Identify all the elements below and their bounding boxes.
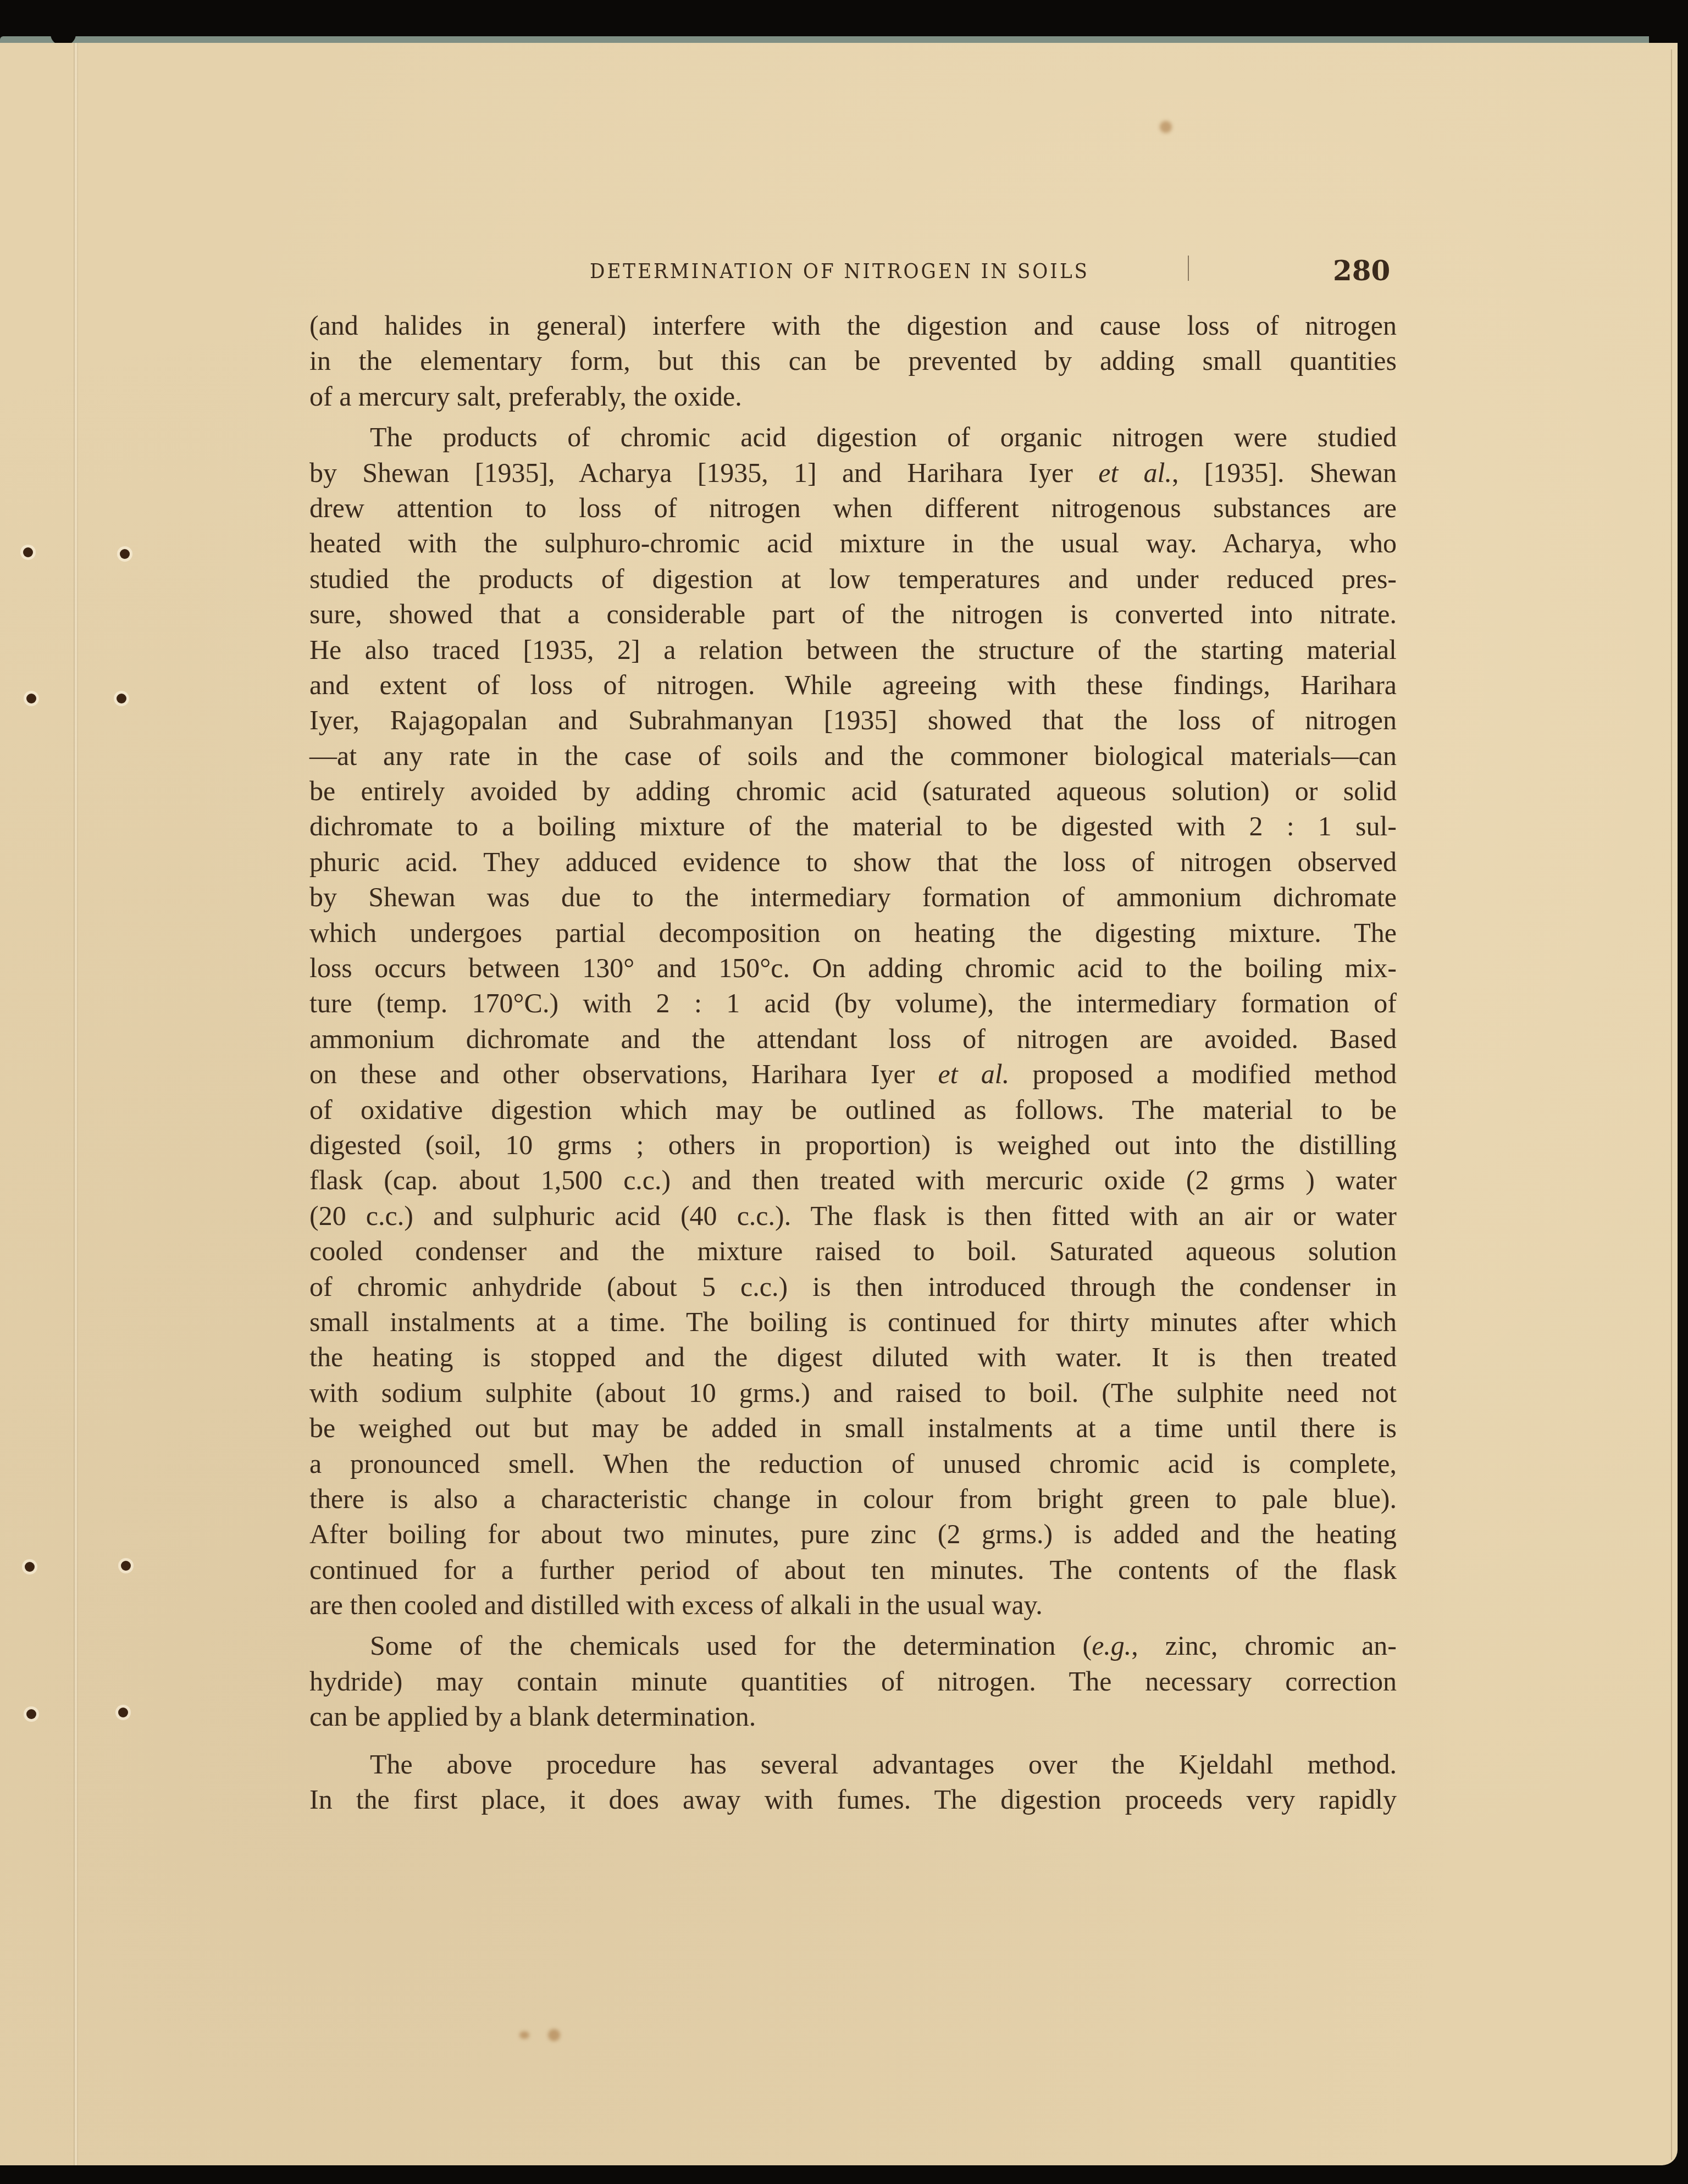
text-line: (20 c.c.) and sulphuric acid (40 c.c.). …	[309, 1198, 1397, 1233]
punch-hole-icon	[117, 694, 126, 703]
paragraph-p1: (and halides in general) interfere with …	[309, 308, 1397, 414]
body-text: (and halides in general) interfere with …	[309, 308, 1397, 1817]
text-line: which undergoes partial decomposition on…	[309, 915, 1397, 950]
text-line: in the elementary form, but this can be …	[309, 343, 1397, 378]
punch-hole-icon	[26, 1709, 36, 1719]
text-line: hydride) may contain minute quantities o…	[309, 1664, 1397, 1699]
foxing-stain	[548, 2029, 560, 2041]
text-line: (and halides in general) interfere with …	[309, 308, 1397, 343]
text-line: After boiling for about two minutes, pur…	[309, 1516, 1397, 1551]
running-head-divider	[1188, 256, 1189, 281]
paragraph-p3: Some of the chemicals used for the deter…	[309, 1628, 1397, 1734]
text-line: on these and other observations, Harihar…	[309, 1056, 1397, 1091]
text-line: sure, showed that a considerable part of…	[309, 596, 1397, 631]
text-line: of oxidative digestion which may be outl…	[309, 1092, 1397, 1127]
text-line: The products of chromic acid digestion o…	[309, 419, 1397, 454]
text-line: are then cooled and distilled with exces…	[309, 1587, 1397, 1622]
punch-hole-icon	[25, 1562, 35, 1572]
text-line: phuric acid. They adduced evidence to sh…	[309, 844, 1397, 879]
text-line: In the first place, it does away with fu…	[309, 1782, 1397, 1817]
text-line: small instalments at a time. The boiling…	[309, 1304, 1397, 1339]
paragraph-gap	[309, 1622, 1397, 1628]
text-line: there is also a characteristic change in…	[309, 1481, 1397, 1516]
text-line: The above procedure has several advantag…	[309, 1747, 1397, 1782]
text-line: the heating is stopped and the digest di…	[309, 1339, 1397, 1374]
paragraph-p4: The above procedure has several advantag…	[309, 1747, 1397, 1817]
text-line: continued for a further period of about …	[309, 1552, 1397, 1587]
text-line: cooled condenser and the mixture raised …	[309, 1233, 1397, 1268]
text-line: flask (cap. about 1,500 c.c.) and then t…	[309, 1162, 1397, 1198]
text-line: drew attention to loss of nitrogen when …	[309, 490, 1397, 525]
text-line: can be applied by a blank determination.	[309, 1699, 1397, 1734]
text-line: Some of the chemicals used for the deter…	[309, 1628, 1397, 1663]
text-line: ture (temp. 170°C.) with 2 : 1 acid (by …	[309, 985, 1397, 1021]
page-right-edge	[1671, 49, 1672, 2160]
foxing-stain	[1160, 121, 1172, 133]
text-line: by Shewan was due to the intermediary fo…	[309, 879, 1397, 914]
text-line: with sodium sulphite (about 10 grms.) an…	[309, 1375, 1397, 1410]
text-line: He also traced [1935, 2] a relation betw…	[309, 632, 1397, 667]
text-line: of a mercury salt, preferably, the oxide…	[309, 379, 1397, 414]
text-line: of chromic anhydride (about 5 c.c.) is t…	[309, 1269, 1397, 1304]
text-line: be entirely avoided by adding chromic ac…	[309, 773, 1397, 808]
spine-crease	[74, 43, 78, 2165]
text-line: studied the products of digestion at low…	[309, 561, 1397, 596]
foxing-stain	[519, 2031, 529, 2039]
punch-hole-icon	[26, 694, 36, 703]
text-line: by Shewan [1935], Acharya [1935, 1] and …	[309, 455, 1397, 490]
text-line: heated with the sulphuro-chromic acid mi…	[309, 525, 1397, 561]
text-line: and extent of loss of nitrogen. While ag…	[309, 667, 1397, 702]
running-head: DETERMINATION OF NITROGEN IN SOILS 280	[590, 254, 1387, 287]
punch-hole-icon	[118, 1708, 128, 1717]
paragraph-p2: The products of chromic acid digestion o…	[309, 419, 1397, 1622]
paragraph-gap	[309, 1734, 1397, 1747]
text-line: a pronounced smell. When the reduction o…	[309, 1446, 1397, 1481]
text-line: ammonium dichromate and the attendant lo…	[309, 1021, 1397, 1056]
text-line: be weighed out but may be added in small…	[309, 1410, 1397, 1445]
page-number: 280	[1333, 254, 1390, 287]
punch-hole-icon	[23, 547, 33, 557]
paragraph-gap	[309, 414, 1397, 419]
punch-hole-icon	[120, 549, 130, 559]
text-line: Iyer, Rajagopalan and Subrahmanyan [1935…	[309, 702, 1397, 738]
text-line: dichromate to a boiling mixture of the m…	[309, 808, 1397, 844]
text-line: loss occurs between 130° and 150°c. On a…	[309, 950, 1397, 985]
text-line: digested (soil, 10 grms ; others in prop…	[309, 1127, 1397, 1162]
punch-hole-icon	[121, 1561, 131, 1571]
running-head-title: DETERMINATION OF NITROGEN IN SOILS	[590, 259, 1089, 283]
text-line: —at any rate in the case of soils and th…	[309, 738, 1397, 773]
